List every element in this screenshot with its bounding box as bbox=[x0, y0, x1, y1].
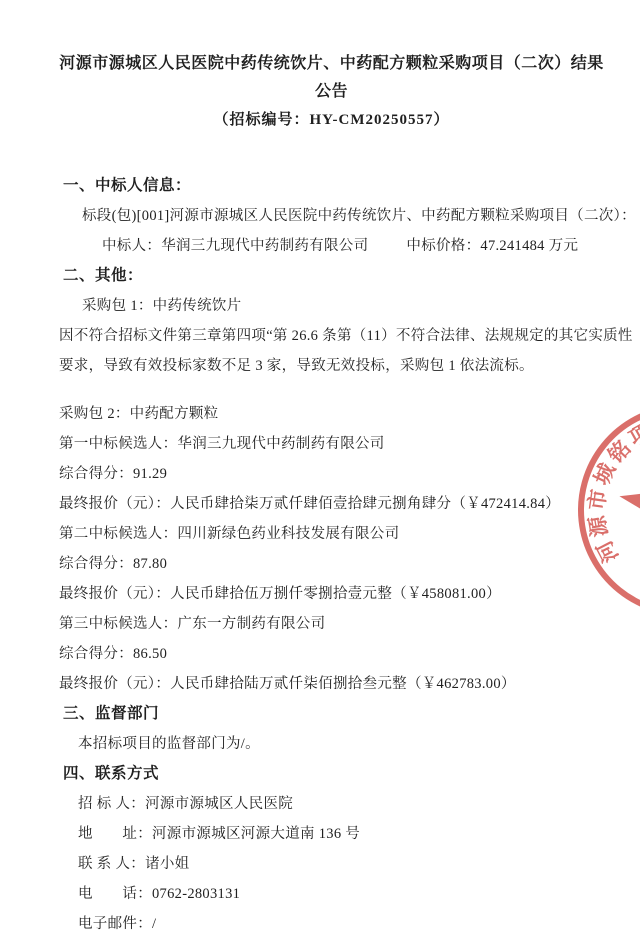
candidate-2-rank-line: 第二中标候选人：四川新绿色药业科技发展有限公司 bbox=[59, 519, 604, 549]
winner-label: 中标人： bbox=[102, 238, 161, 254]
contact-value: 诸小姐 bbox=[145, 856, 189, 872]
lot-line: 标段(包)[001]河源市源城区人民医院中药传统饮片、中药配方颗粒采购项目（二次… bbox=[59, 201, 604, 231]
document-subtitle: （招标编号：HY-CM20250557） bbox=[59, 106, 604, 134]
contact-value: / bbox=[152, 916, 156, 932]
candidate-3-price-line: 最终报价（元）：人民币肆拾陆万贰仟柒佰捌拾叁元整（￥462783.00） bbox=[59, 669, 604, 699]
section-2-heading: 二、其他： bbox=[59, 261, 604, 291]
section-4-heading: 四、联系方式 bbox=[59, 759, 604, 789]
candidate-2-score-line: 综合得分：87.80 bbox=[59, 549, 604, 579]
contact-value: 0762-2803131 bbox=[152, 886, 240, 902]
contact-row-email: 电子邮件：/ bbox=[59, 909, 604, 939]
contact-value: 河源市源城区河源大道南 136 号 bbox=[152, 826, 360, 842]
document-title: 河源市源城区人民医院中药传统饮片、中药配方颗粒采购项目（二次）结果公告 bbox=[59, 50, 604, 106]
contact-label: 电 话： bbox=[78, 886, 152, 902]
price-label: 中标价格： bbox=[406, 238, 480, 254]
candidate-1-rank-line: 第一中标候选人：华润三九现代中药制药有限公司 bbox=[59, 429, 604, 459]
candidate-3-rank-line: 第三中标候选人：广东一方制药有限公司 bbox=[59, 609, 604, 639]
candidate-1-price-line: 最终报价（元）：人民币肆拾柒万贰仟肆佰壹拾肆元捌角肆分（￥472414.84） bbox=[59, 489, 604, 519]
contact-value: 河源市源城区人民医院 bbox=[145, 796, 293, 812]
contact-label: 地 址： bbox=[78, 826, 152, 842]
contact-row-bidder: 招 标 人：河源市源城区人民医院 bbox=[59, 789, 604, 819]
winner-line: 中标人：华润三九现代中药制药有限公司中标价格：47.241484 万元 bbox=[59, 231, 604, 261]
fail-reason-line2: 要求，导致有效投标家数不足 3 家，导致无效投标，采购包 1 依法流标。 bbox=[59, 351, 604, 381]
stamp-star-icon bbox=[615, 438, 640, 570]
supervision-body: 本招标项目的监督部门为/。 bbox=[59, 729, 604, 759]
package1-line: 采购包 1：中药传统饮片 bbox=[59, 291, 604, 321]
section-3-heading: 三、监督部门 bbox=[59, 699, 604, 729]
contact-label: 招 标 人： bbox=[78, 796, 145, 812]
price-value: 47.241484 万元 bbox=[480, 238, 578, 254]
announcement-document: 河源市源城区人民医院中药传统饮片、中药配方颗粒采购项目（二次）结果公告 （招标编… bbox=[59, 50, 604, 939]
fail-reason-line1: 因不符合招标文件第三章第四项“第 26.6 条第（11）不符合法律、法规规定的其… bbox=[59, 321, 604, 351]
document-page: 河源市源城区人民医院中药传统饮片、中药配方颗粒采购项目（二次）结果公告 （招标编… bbox=[0, 0, 640, 944]
candidate-3-score-line: 综合得分：86.50 bbox=[59, 639, 604, 669]
contact-label: 联 系 人： bbox=[78, 856, 145, 872]
winner-name: 华润三九现代中药制药有限公司 bbox=[161, 238, 368, 254]
contact-label: 电子邮件： bbox=[78, 916, 152, 932]
section-1-heading: 一、中标人信息： bbox=[59, 171, 604, 201]
candidate-2-price-line: 最终报价（元）：人民币肆拾伍万捌仟零捌拾壹元整（￥458081.00） bbox=[59, 579, 604, 609]
contact-row-address: 地 址：河源市源城区河源大道南 136 号 bbox=[59, 819, 604, 849]
contact-row-phone: 电 话：0762-2803131 bbox=[59, 879, 604, 909]
package2-line: 采购包 2：中药配方颗粒 bbox=[59, 399, 604, 429]
contact-row-person: 联 系 人：诸小姐 bbox=[59, 849, 604, 879]
candidate-1-score-line: 综合得分：91.29 bbox=[59, 459, 604, 489]
